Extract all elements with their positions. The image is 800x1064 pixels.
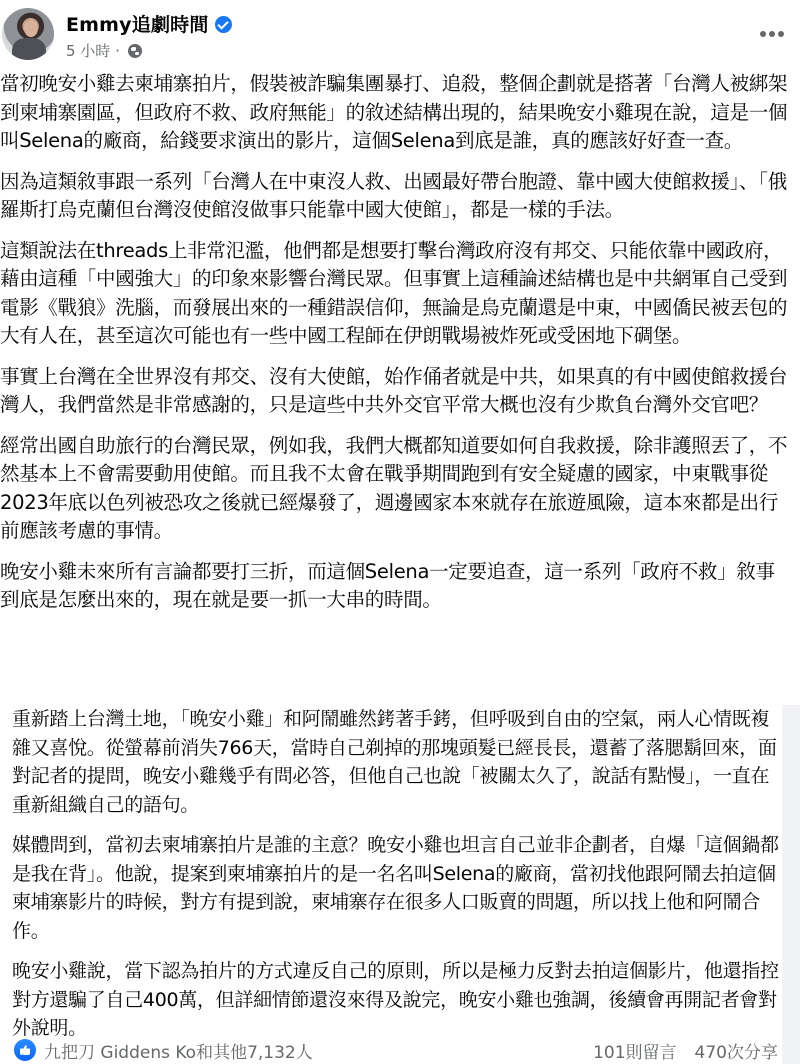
page-name-text[interactable]: Emmy追劇時間 [66, 14, 209, 36]
more-options-icon[interactable] [758, 27, 786, 41]
quoted-news-image[interactable]: 重新踏上台灣土地，「晚安小雞」和阿鬧雖然銬著手銬，但呼吸到自由的空氣，兩人心情既… [0, 705, 782, 1055]
quoted-text-block: 重新踏上台灣土地，「晚安小雞」和阿鬧雖然銬著手銬，但呼吸到自由的空氣，兩人心情既… [0, 705, 782, 1043]
dot [778, 31, 784, 37]
post-paragraph: 這類說法在threads上非常氾濫，他們都是想要打擊台灣政府沒有邦交、只能依靠中… [0, 237, 790, 351]
dot [769, 31, 775, 37]
post-footer: 九把刀 Giddens Ko和其他7,132人 101則留言 470次分享 [0, 1030, 782, 1064]
post-paragraph: 當初晚安小雞去柬埔寨拍片，假裝被詐騙集團暴打、追殺，整個企劃就是搭著「台灣人被綁… [0, 70, 790, 156]
post-paragraph: 經常出國自助旅行的台灣民眾，例如我，我們大概都知道要如何自我救援，除非護照丟了，… [0, 432, 790, 546]
quoted-paragraph: 重新踏上台灣土地，「晚安小雞」和阿鬧雖然銬著手銬，但呼吸到自由的空氣，兩人心情既… [12, 705, 782, 819]
post-header: Emmy追劇時間 5 小時 · [0, 0, 800, 70]
avatar-body [12, 38, 46, 60]
dot [760, 31, 766, 37]
comments-count[interactable]: 101則留言 [593, 1038, 676, 1063]
post-paragraph: 事實上台灣在全世界沒有邦交、沒有大使館，始作俑者就是中共，如果真的有中國使館救援… [0, 363, 790, 420]
shares-count[interactable]: 470次分享 [695, 1038, 778, 1063]
page-name[interactable]: Emmy追劇時間 [66, 10, 232, 37]
side-strip [782, 705, 800, 1064]
post-meta: 5 小時 · [66, 40, 142, 61]
reactions-summary[interactable]: 九把刀 Giddens Ko和其他7,132人 [44, 1038, 313, 1063]
post-time[interactable]: 5 小時 [66, 42, 110, 60]
like-icon[interactable] [14, 1039, 36, 1061]
meta-separator: · [115, 42, 120, 60]
post-paragraph: 因為這類敘事跟一系列「台灣人在中東沒人救、出國最好帶台胞證、靠中國大使館救援」、… [0, 168, 790, 225]
post-paragraph: 晚安小雞未來所有言論都要打三折，而這個Selena一定要追查，這一系列「政府不救… [0, 558, 790, 615]
globe-icon[interactable] [128, 44, 142, 58]
avatar-face [24, 20, 38, 37]
quoted-paragraph: 媒體問到，當初去柬埔寨拍片是誰的主意？晚安小雞也坦言自己並非企劃者，自爆「這個鍋… [12, 831, 782, 945]
engagement-stats: 101則留言 470次分享 [593, 1038, 778, 1063]
avatar[interactable] [2, 8, 54, 60]
post-body: 當初晚安小雞去柬埔寨拍片，假裝被詐騙集團暴打、追殺，整個企劃就是搭著「台灣人被綁… [0, 70, 790, 627]
verified-badge-icon [215, 16, 232, 33]
